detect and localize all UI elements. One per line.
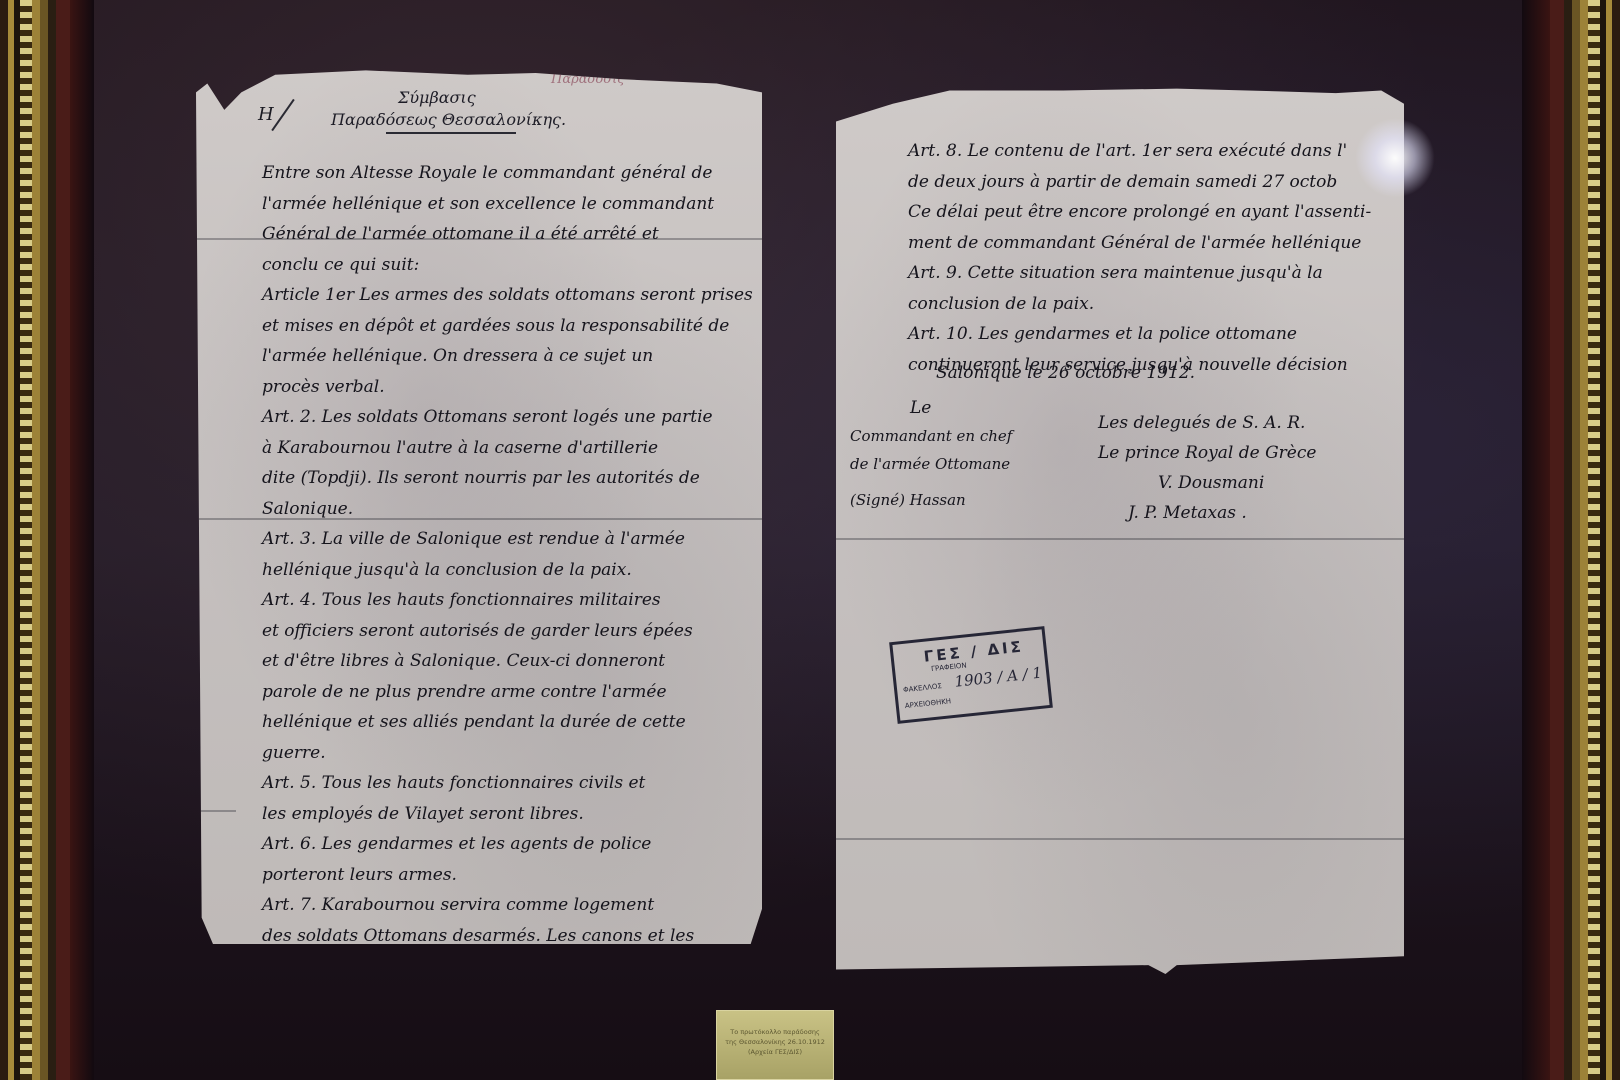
text-line: Art. 4. Tous les hauts fonctionnaires mi… <box>262 585 753 616</box>
text-line: Art. 10. Les gendarmes et la police otto… <box>908 319 1371 350</box>
frame-right-inner-edge <box>1522 0 1550 1080</box>
text-line: et d'être libres à Salonique. Ceux-ci do… <box>262 646 753 677</box>
text-line: Art. 7. Karabournou servira comme logeme… <box>262 890 753 921</box>
plaque-line: (Αρχεία ΓΕΣ/ΔΙΣ) <box>717 1047 833 1057</box>
text-line: hellénique jusqu'à la conclusion de la p… <box>262 555 753 586</box>
initials-mark: Η <box>258 104 274 125</box>
frame-left-gilt-border <box>0 0 70 1080</box>
text-line: Art. 2. Les soldats Ottomans seront logé… <box>262 402 753 433</box>
text-line: guerre. <box>262 738 753 769</box>
text-line: Art. 6. Les gendarmes et les agents de p… <box>262 829 753 860</box>
signature-name-hassan: (Signé) Hassan <box>850 486 1012 514</box>
text-line: de deux jours à partir de demain samedi … <box>908 167 1371 198</box>
signature-line: Le prince Royal de Grèce <box>1098 438 1316 468</box>
signature-name-metaxas: J. P. Metaxas . <box>1098 498 1316 528</box>
signature-line: Commandant en chef <box>850 422 1012 450</box>
heading-underline <box>386 132 516 134</box>
text-line: porteront leurs armes. <box>262 860 753 891</box>
text-line: et officiers seront autorisés de garder … <box>262 616 753 647</box>
fold-line <box>836 838 1404 840</box>
text-line: Art. 9. Cette situation sera maintenue j… <box>908 258 1371 289</box>
frame-right-gilt-border <box>1550 0 1620 1080</box>
text-line: Général de l'armée ottomane il a été arr… <box>262 219 753 250</box>
text-line: Ce délai peut être encore prolongé en ay… <box>908 197 1371 228</box>
slash-mark <box>271 99 294 131</box>
light-reflection-glare <box>1355 118 1435 198</box>
text-line: dite (Topdji). Ils seront nourris par le… <box>262 463 753 494</box>
heading-line-2: Παραδόσεως Θεσσαλονίκης. <box>331 110 566 129</box>
text-line: ment de commandant Général de l'armée he… <box>908 228 1371 259</box>
stamp-title: ΓΕΣ / ΔΙΣ <box>923 637 1025 665</box>
text-line: l'armée hellénique. On dressera à ce suj… <box>262 341 753 372</box>
fold-line <box>196 810 236 812</box>
text-line: l'armée hellénique et son excellence le … <box>262 189 753 220</box>
text-line: Art. 3. La ville de Salonique est rendue… <box>262 524 753 555</box>
place-and-date: Salonique le 26 octobre 1912. <box>936 358 1195 389</box>
text-line: conclu ce qui suit: <box>262 250 753 281</box>
frame-left-inner-edge <box>70 0 94 1080</box>
stamp-folder-label: ΦΑΚΕΛΛΟΣ <box>903 682 942 694</box>
text-line: parole de ne plus prendre arme contre l'… <box>262 677 753 708</box>
text-line: Article 1er Les armes des soldats ottoma… <box>262 280 753 311</box>
stamp-archive-label: ΑΡΧΕΙΟΘΗΚΗ <box>904 697 951 710</box>
archive-stamp: ΓΕΣ / ΔΙΣ ΓΡΑΦΕΙΟΝ ΦΑΚΕΛΛΟΣ 1903 / Α / 1… <box>889 626 1053 724</box>
stamp-folder-number: 1903 / Α / 1 <box>954 664 1043 691</box>
right-page-body-text: Art. 8. Le contenu de l'art. 1er sera ex… <box>908 136 1371 380</box>
signature-line: Les delegués de S. A. R. <box>1098 408 1316 438</box>
greek-delegates-signature-block: Les delegués de S. A. R. Le prince Royal… <box>1098 408 1316 528</box>
heading-line-1: Σύμβασις <box>398 88 476 107</box>
text-line: à Karabournou l'autre à la caserne d'art… <box>262 433 753 464</box>
right-document-page: Art. 8. Le contenu de l'art. 1er sera ex… <box>836 86 1404 974</box>
signature-line: Le <box>850 394 1012 422</box>
text-line: et mises en dépôt et gardées sous la res… <box>262 311 753 342</box>
text-line: procès verbal. <box>262 372 753 403</box>
text-line: Entre son Altesse Royale le commandant g… <box>262 158 753 189</box>
ottoman-signature-block: Le Commandant en chef de l'armée Ottoman… <box>850 394 1012 514</box>
left-document-page: Παράδοσις Η Σύμβασις Παραδόσεως Θεσσαλον… <box>196 66 762 944</box>
signature-line: de l'armée Ottomane <box>850 450 1012 478</box>
text-line: hellénique et ses alliés pendant la duré… <box>262 707 753 738</box>
brass-caption-plaque: Το πρωτόκολλο παράδοσης της Θεσσαλονίκης… <box>716 1010 834 1080</box>
text-line: Art. 8. Le contenu de l'art. 1er sera ex… <box>908 136 1371 167</box>
text-line: les employés de Vilayet seront libres. <box>262 799 753 830</box>
plaque-line: Το πρωτόκολλο παράδοσης <box>717 1027 833 1037</box>
left-page-body-text: Entre son Altesse Royale le commandant g… <box>262 158 753 1043</box>
fold-line <box>836 538 1404 540</box>
text-line: Art. 5. Tous les hauts fonctionnaires ci… <box>262 768 753 799</box>
text-line: Salonique. <box>262 494 753 525</box>
signature-name-dousmani: V. Dousmani <box>1098 468 1316 498</box>
plaque-line: της Θεσσαλονίκης 26.10.1912 <box>717 1037 833 1047</box>
text-line: conclusion de la paix. <box>908 289 1371 320</box>
